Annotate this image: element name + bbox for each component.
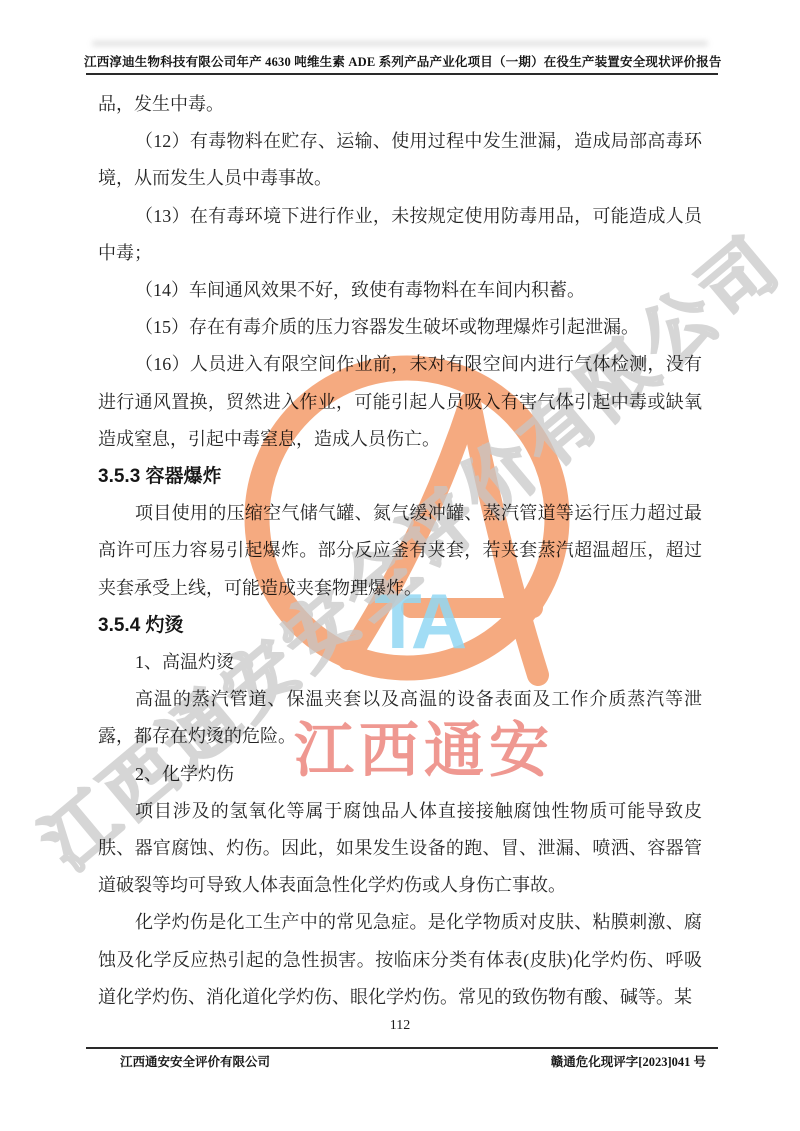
footer-rule (86, 1047, 718, 1049)
header-rule (86, 73, 718, 75)
text-line: 中毒； (98, 235, 702, 272)
text-line: 化学灼伤是化工生产中的常见急症。是化学物质对皮肤、粘膜刺激、腐 (98, 904, 702, 941)
text-line: 露，都存在灼烫的危险。 (98, 718, 702, 755)
section-heading: 3.5.3 容器爆炸 (98, 458, 702, 495)
text-line: 道破裂等均可导致人体表面急性化学灼伤或人身伤亡事故。 (98, 867, 702, 904)
text-line: 2、化学灼伤 (98, 756, 702, 793)
text-line: （15）存在有毒介质的压力容器发生破坏或物理爆炸引起泄漏。 (98, 309, 702, 346)
footer-company: 江西通安安全评价有限公司 (120, 1052, 270, 1070)
text-line: 蚀及化学反应热引起的急性损害。按临床分类有体表(皮肤)化学灼伤、呼吸 (98, 942, 702, 979)
header-title: 江西淳迪生物科技有限公司年产 4630 吨维生素 ADE 系列产品产业化项目（一… (84, 52, 716, 70)
text-line: 造成窒息，引起中毒窒息，造成人员伤亡。 (98, 421, 702, 458)
text-line: 肤、器官腐蚀、灼伤。因此，如果发生设备的跑、冒、泄漏、喷洒、容器管 (98, 830, 702, 867)
footer-doc-number: 赣通危化现评字[2023]041 号 (551, 1052, 706, 1070)
text-line: 品，发生中毒。 (98, 86, 702, 123)
text-line: 夹套承受上线，可能造成夹套物理爆炸。 (98, 570, 702, 607)
text-line: （14）车间通风效果不好，致使有毒物料在车间内积蓄。 (98, 272, 702, 309)
text-line: 项目使用的压缩空气储气罐、氮气缓冲罐、蒸汽管道等运行压力超过最 (98, 495, 702, 532)
section-heading: 3.5.4 灼烫 (98, 607, 702, 644)
text-line: 项目涉及的氢氧化等属于腐蚀品人体直接接触腐蚀性物质可能导致皮 (98, 793, 702, 830)
text-line: 1、高温灼烫 (98, 644, 702, 681)
text-line: 境，从而发生人员中毒事故。 (98, 160, 702, 197)
document-page: 江西淳迪生物科技有限公司年产 4630 吨维生素 ADE 系列产品产业化项目（一… (0, 0, 800, 1131)
footer: 江西通安安全评价有限公司 赣通危化现评字[2023]041 号 (86, 1052, 718, 1070)
page-number: 112 (0, 1018, 800, 1034)
text-line: （12）有毒物料在贮存、运输、使用过程中发生泄漏，造成局部高毒环 (98, 123, 702, 160)
text-line: 高温的蒸汽管道、保温夹套以及高温的设备表面及工作介质蒸汽等泄 (98, 681, 702, 718)
scan-artifact (92, 41, 708, 46)
document-body: 品，发生中毒。（12）有毒物料在贮存、运输、使用过程中发生泄漏，造成局部高毒环境… (98, 86, 702, 1016)
text-line: （13）在有毒环境下进行作业，未按规定使用防毒用品，可能造成人员 (98, 198, 702, 235)
text-line: 道化学灼伤、消化道化学灼伤、眼化学灼伤。常见的致伤物有酸、碱等。某 (98, 979, 702, 1016)
text-line: （16）人员进入有限空间作业前，未对有限空间内进行气体检测，没有 (98, 346, 702, 383)
text-line: 高许可压力容易引起爆炸。部分反应釜有夹套，若夹套蒸汽超温超压，超过 (98, 532, 702, 569)
text-line: 进行通风置换，贸然进入作业，可能引起人员吸入有害气体引起中毒或缺氧 (98, 384, 702, 421)
